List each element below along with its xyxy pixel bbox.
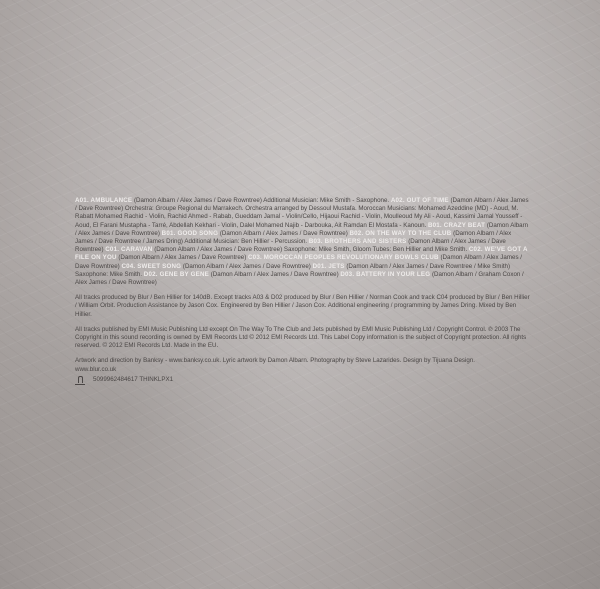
track-title: D03. Battery in Your Leg — [340, 271, 430, 278]
label-logo-icon — [75, 376, 85, 385]
liner-notes-page: A01. Ambulance (Damon Albarn / Alex Jame… — [0, 0, 600, 589]
track-credits-text: (Damon Albarn / Alex James / Dave Rowntr… — [118, 254, 248, 261]
track-title: B02. On the Way to the Club — [350, 230, 452, 237]
track-title: C03. Moroccan Peoples Revolutionary Bowl… — [248, 254, 439, 261]
track-title: D02. Gene by Gene — [144, 271, 209, 278]
track-title: C04. Sweet Song — [121, 263, 181, 270]
track-title: B01. Crazy Beat — [428, 222, 485, 229]
track-title: A01. Ambulance — [75, 197, 132, 204]
track-credits-text: (Damon Albarn / Alex James / Dave Rowntr… — [183, 263, 313, 270]
production-credits: All tracks produced by Blur / Ben Hillie… — [75, 294, 530, 319]
track-title: B01. Good Song — [162, 230, 218, 237]
artwork-credits: Artwork and direction by Banksy - www.ba… — [75, 357, 530, 365]
track-credits-text: (Damon Albarn / Alex James / Dave Rowntr… — [134, 197, 391, 204]
website: www.blur.co.uk — [75, 366, 530, 374]
track-title: D01. Jets — [313, 263, 345, 270]
track-credits-text: (Damon Albarn / Alex James / Dave Rowntr… — [211, 271, 341, 278]
credits-block: A01. Ambulance (Damon Albarn / Alex Jame… — [75, 197, 530, 385]
catalog-number: 5099962484617 THINKLPX1 — [93, 376, 173, 384]
track-title: A02. Out of Time — [391, 197, 449, 204]
track-credits-text: (Damon Albarn / Alex James / Dave Rowntr… — [154, 246, 469, 253]
publishing-notice: All tracks published by EMI Music Publis… — [75, 326, 530, 351]
track-credits: A01. Ambulance (Damon Albarn / Alex Jame… — [75, 197, 530, 287]
track-title: C01. Caravan — [105, 246, 152, 253]
track-credits-text: (Damon Albarn / Alex James / Dave Rowntr… — [220, 230, 350, 237]
track-title: B03. Brothers and Sisters — [309, 238, 407, 245]
catalog-row: 5099962484617 THINKLPX1 — [75, 376, 530, 385]
